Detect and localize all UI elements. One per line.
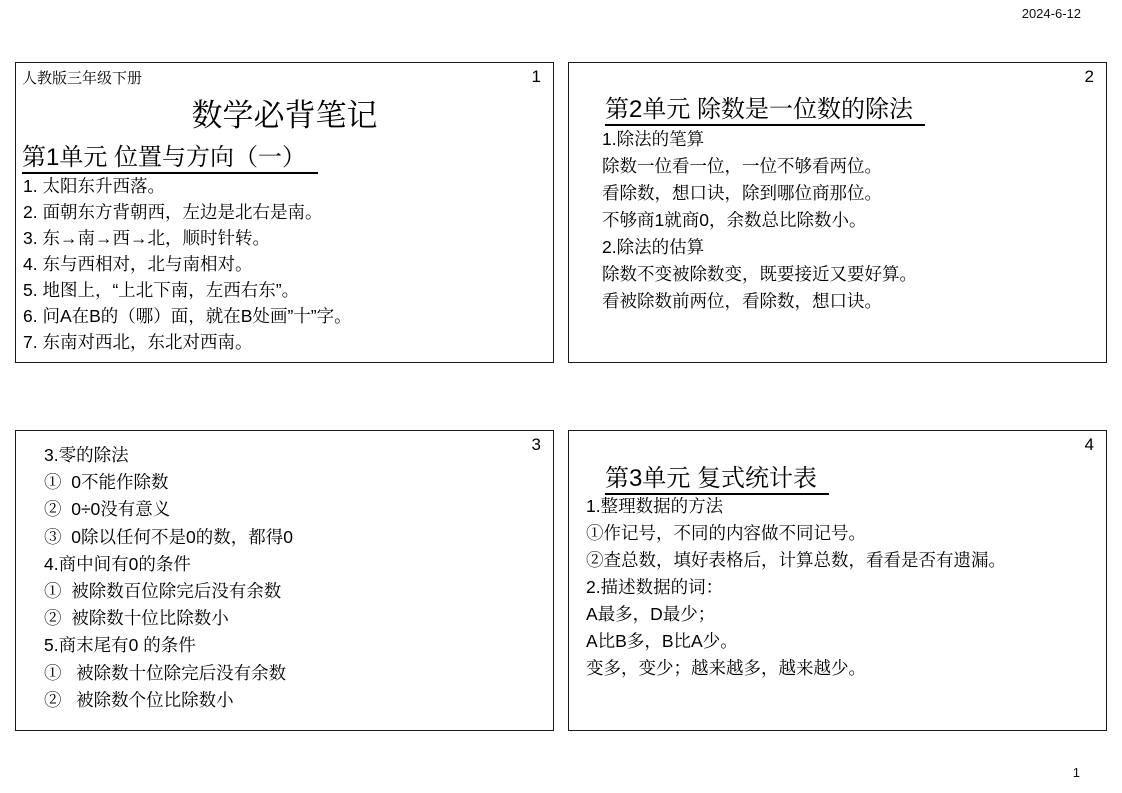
note-line: A比B多，B比A少。 — [586, 628, 1100, 655]
slide-4: 4 第3单元 复式统计表 1.整理数据的方法 ①作记号，不同的内容做不同记号。 … — [568, 430, 1107, 731]
note-line: 看被除数前两位，看除数，想口诀。 — [602, 288, 1100, 315]
note-line: ①作记号，不同的内容做不同记号。 — [586, 520, 1100, 547]
unit-2-notes-continued: 3.零的除法 ① 0不能作除数 ② 0÷0没有意义 ③ 0除以任何不是0的数，都… — [44, 442, 547, 714]
note-line: 除数不变被除数变，既要接近又要好算。 — [602, 261, 1100, 288]
note-line: 3.零的除法 — [44, 442, 547, 469]
note-line: 3. 东→南→西→北，顺时针转。 — [23, 225, 547, 251]
note-line: ① 被除数十位除完后没有余数 — [44, 660, 547, 687]
note-line: 4.商中间有0的条件 — [44, 551, 547, 578]
note-line: ③ 0除以任何不是0的数，都得0 — [44, 524, 547, 551]
print-date: 2024-6-12 — [1022, 6, 1081, 21]
note-line: 5.商末尾有0 的条件 — [44, 632, 547, 659]
note-line: 7. 东南对西北，东北对西南。 — [23, 329, 547, 355]
unit-2-heading: 第2单元 除数是一位数的除法 — [605, 89, 925, 124]
unit-3-notes: 1.整理数据的方法 ①作记号，不同的内容做不同记号。 ②查总数，填好表格后，计算… — [586, 493, 1100, 682]
unit-3-heading-text: 第3单元 复式统计表 — [605, 465, 829, 495]
note-line: 1.除法的笔算 — [602, 126, 1100, 153]
slide-1-number: 1 — [532, 67, 541, 87]
slide-4-number: 4 — [1085, 435, 1094, 455]
note-line: 1. 太阳东升西落。 — [23, 173, 547, 199]
note-line: 2.除法的估算 — [602, 234, 1100, 261]
slide-2: 2 第2单元 除数是一位数的除法 1.除法的笔算 除数一位看一位，一位不够看两位… — [568, 62, 1107, 363]
note-line: ② 被除数个位比除数小 — [44, 687, 547, 714]
unit-1-notes: 1. 太阳东升西落。 2. 面朝东方背朝西，左边是北右是南。 3. 东→南→西→… — [23, 173, 547, 355]
note-line: 6. 问A在B的（哪）面，就在B处画”十”字。 — [23, 303, 547, 329]
slide-2-number: 2 — [1085, 67, 1094, 87]
note-line: 1.整理数据的方法 — [586, 493, 1100, 520]
note-line: 变多，变少；越来越多，越来越少。 — [586, 655, 1100, 682]
slide-3: 3 3.零的除法 ① 0不能作除数 ② 0÷0没有意义 ③ 0除以任何不是0的数… — [15, 430, 554, 731]
note-line: 不够商1就商0，余数总比除数小。 — [602, 207, 1100, 234]
note-line: 2.描述数据的词： — [586, 574, 1100, 601]
note-line: 看除数，想口诀，除到哪位商那位。 — [602, 180, 1100, 207]
note-line: 2. 面朝东方背朝西，左边是北右是南。 — [23, 199, 547, 225]
unit-3-heading: 第3单元 复式统计表 — [605, 458, 829, 493]
unit-2-notes: 1.除法的笔算 除数一位看一位，一位不够看两位。 看除数，想口诀，除到哪位商那位… — [602, 126, 1100, 315]
note-line: ②查总数，填好表格后，计算总数，看看是否有遗漏。 — [586, 547, 1100, 574]
page-number: 1 — [1073, 765, 1080, 780]
unit-1-heading: 第1单元 位置与方向（一） — [22, 137, 318, 172]
slide-1: 人教版三年级下册 1 数学必背笔记 第1单元 位置与方向（一） 1. 太阳东升西… — [15, 62, 554, 363]
note-line: 除数一位看一位，一位不够看两位。 — [602, 153, 1100, 180]
notes-title: 数学必背笔记 — [16, 90, 553, 135]
edition-label: 人教版三年级下册 — [22, 67, 142, 88]
note-line: ① 0不能作除数 — [44, 469, 547, 496]
note-line: ② 被除数十位比除数小 — [44, 605, 547, 632]
note-line: ② 0÷0没有意义 — [44, 496, 547, 523]
unit-2-heading-text: 第2单元 除数是一位数的除法 — [605, 96, 925, 126]
note-line: 5. 地图上，“上北下南，左西右东”。 — [23, 277, 547, 303]
note-line: A最多，D最少； — [586, 601, 1100, 628]
unit-1-heading-text: 第1单元 位置与方向（一） — [22, 144, 318, 174]
note-line: ① 被除数百位除完后没有余数 — [44, 578, 547, 605]
note-line: 4. 东与西相对，北与南相对。 — [23, 251, 547, 277]
